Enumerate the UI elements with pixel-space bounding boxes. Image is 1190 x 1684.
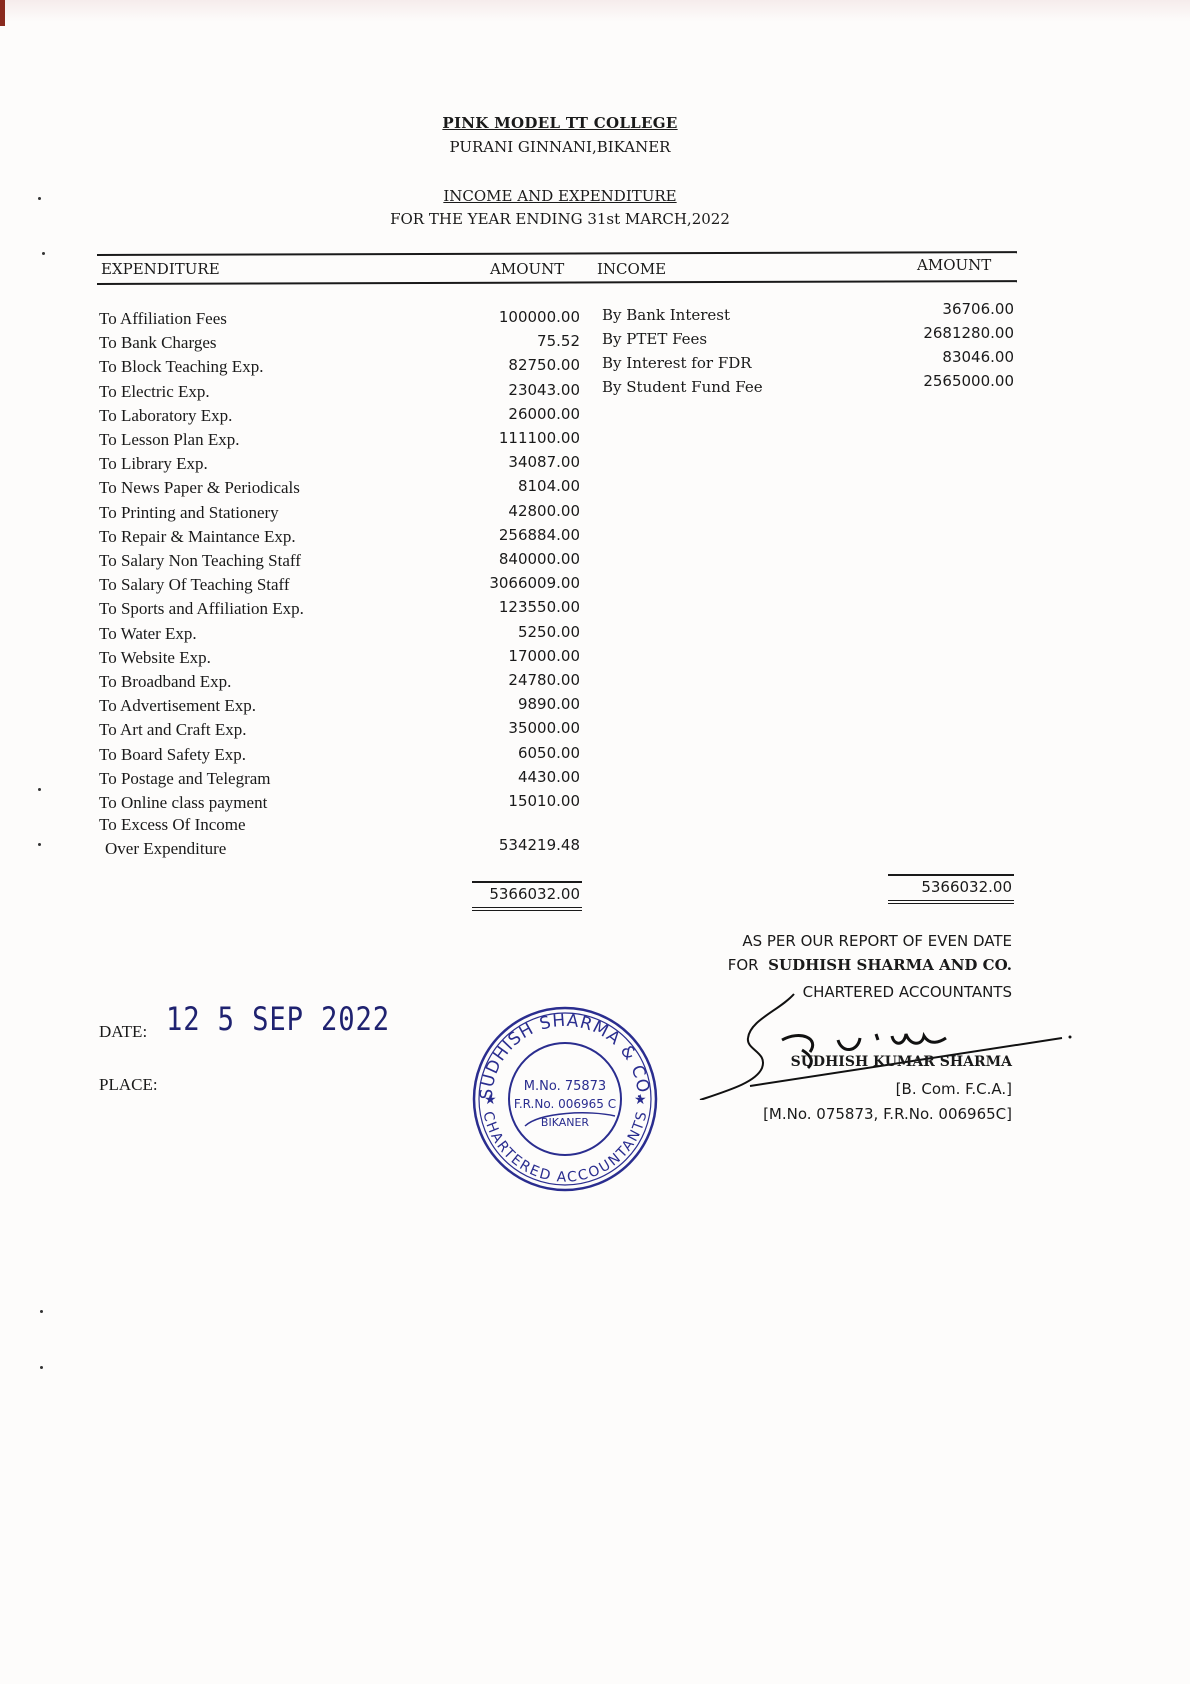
expenditure-item-amount: 8104.00 [518, 477, 580, 495]
expenditure-item-amount: 3066009.00 [489, 574, 580, 592]
expenditure-item-label: To Online class payment [99, 793, 267, 813]
statement-period: FOR THE YEAR ENDING 31st MARCH,2022 [0, 210, 1120, 228]
svg-text:M.No. 75873: M.No. 75873 [524, 1079, 606, 1094]
expenditure-item-label: To Bank Charges [99, 333, 216, 353]
expenditure-item-amount: 26000.00 [508, 405, 580, 423]
expenditure-item-amount: 123550.00 [499, 598, 580, 616]
statement-title: INCOME AND EXPENDITURE [0, 187, 1120, 205]
expenditure-item-amount: 23043.00 [508, 381, 580, 399]
income-item-amount: 83046.00 [942, 348, 1014, 366]
svg-text:BIKANER: BIKANER [541, 1116, 590, 1129]
income-total-value: 5366032.00 [921, 878, 1012, 896]
expenditure-item-label: To Website Exp. [99, 648, 211, 668]
auditor-seal: SUDHISH SHARMA & CO. CHARTERED ACCOUNTAN… [470, 1004, 660, 1194]
income-item-label: By Bank Interest [602, 306, 730, 324]
expenditure-item-amount: 6050.00 [518, 744, 580, 762]
expenditure-item-label: To Block Teaching Exp. [99, 357, 263, 377]
table-header-rule [97, 280, 1017, 285]
expenditure-item-amount: 17000.00 [508, 647, 580, 665]
expenditure-item-amount: 256884.00 [499, 526, 580, 544]
excess-label-line2: Over Expenditure [105, 839, 226, 859]
expenditure-item-label: To Electric Exp. [99, 382, 210, 402]
signature [690, 990, 1090, 1100]
expenditure-item-label: To Postage and Telegram [99, 769, 271, 789]
expenditure-item-label: To Salary Non Teaching Staff [99, 551, 301, 571]
expenditure-item-label: To Lesson Plan Exp. [99, 430, 239, 450]
expenditure-item-label: To Board Safety Exp. [99, 745, 246, 765]
income-total: 5366032.00 [888, 874, 1014, 904]
expenditure-item-label: To Printing and Stationery [99, 503, 279, 523]
expenditure-item-label: To News Paper & Periodicals [99, 478, 300, 498]
date-label: DATE: [99, 1022, 147, 1042]
expenditure-item-label: To Salary Of Teaching Staff [99, 575, 290, 595]
income-item-amount: 36706.00 [942, 300, 1014, 318]
scan-edge [0, 0, 1190, 22]
expenditure-item-amount: 5250.00 [518, 623, 580, 641]
expenditure-item-label: To Sports and Affiliation Exp. [99, 599, 304, 619]
institution-address: PURANI GINNANI,BIKANER [0, 138, 1120, 156]
expenditure-item-label: To Library Exp. [99, 454, 208, 474]
expenditure-item-amount: 35000.00 [508, 719, 580, 737]
expenditure-total: 5366032.00 [472, 881, 582, 911]
expenditure-item-amount: 111100.00 [499, 429, 580, 447]
expenditure-item-label: To Water Exp. [99, 624, 197, 644]
scan-corner-mark [0, 0, 5, 26]
expenditure-item-label: To Laboratory Exp. [99, 406, 232, 426]
expenditure-item-amount: 34087.00 [508, 453, 580, 471]
scan-speck [38, 843, 41, 846]
expenditure-item-label: To Affiliation Fees [99, 309, 227, 329]
for-prefix: FOR [728, 956, 759, 974]
expenditure-item-amount: 42800.00 [508, 502, 580, 520]
income-item-amount: 2565000.00 [923, 372, 1014, 390]
income-item-amount: 2681280.00 [923, 324, 1014, 342]
scan-speck [40, 1366, 43, 1369]
column-header-income-amount: AMOUNT [917, 256, 991, 274]
expenditure-item-amount: 100000.00 [499, 308, 580, 326]
signatory-name: SUDHISH KUMAR SHARMA [791, 1054, 1012, 1070]
column-header-expenditure-amount: AMOUNT [490, 260, 564, 278]
expenditure-item-amount: 4430.00 [518, 768, 580, 786]
column-header-income: INCOME [597, 260, 666, 278]
scan-speck [42, 252, 45, 255]
svg-text:★: ★ [634, 1092, 647, 1108]
firm-name: SUDHISH SHARMA AND CO. [768, 956, 1012, 974]
svg-text:F.R.No. 006965 C: F.R.No. 006965 C [514, 1097, 616, 1111]
expenditure-item-amount: 24780.00 [508, 671, 580, 689]
excess-amount: 534219.48 [499, 836, 580, 854]
expenditure-item-label: To Repair & Maintance Exp. [99, 527, 296, 547]
expenditure-item-amount: 82750.00 [508, 356, 580, 374]
signatory-registration: [M.No. 075873, F.R.No. 006965C] [763, 1105, 1012, 1123]
expenditure-item-amount: 840000.00 [499, 550, 580, 568]
place-label: PLACE: [99, 1075, 158, 1095]
table-top-rule [97, 251, 1017, 256]
date-stamp: 12 5 SEP 2022 [166, 1000, 390, 1038]
scan-speck [40, 1310, 43, 1313]
firm-line: FOR SUDHISH SHARMA AND CO. [728, 956, 1012, 974]
expenditure-item-label: To Broadband Exp. [99, 672, 231, 692]
column-header-expenditure: EXPENDITURE [101, 260, 220, 278]
income-item-label: By PTET Fees [602, 330, 707, 348]
excess-label-line1: To Excess Of Income [99, 815, 246, 835]
expenditure-item-amount: 9890.00 [518, 695, 580, 713]
expenditure-item-amount: 15010.00 [508, 792, 580, 810]
report-line: AS PER OUR REPORT OF EVEN DATE [742, 932, 1012, 950]
svg-text:★: ★ [484, 1092, 497, 1108]
income-item-label: By Interest for FDR [602, 354, 752, 372]
signatory-qualification: [B. Com. F.C.A.] [896, 1080, 1012, 1098]
expenditure-total-value: 5366032.00 [489, 885, 580, 903]
scan-speck [38, 788, 41, 791]
income-item-label: By Student Fund Fee [602, 378, 763, 396]
expenditure-item-label: To Advertisement Exp. [99, 696, 256, 716]
expenditure-item-label: To Art and Craft Exp. [99, 720, 247, 740]
expenditure-item-amount: 75.52 [537, 332, 580, 350]
institution-name: PINK MODEL TT COLLEGE [0, 114, 1120, 132]
